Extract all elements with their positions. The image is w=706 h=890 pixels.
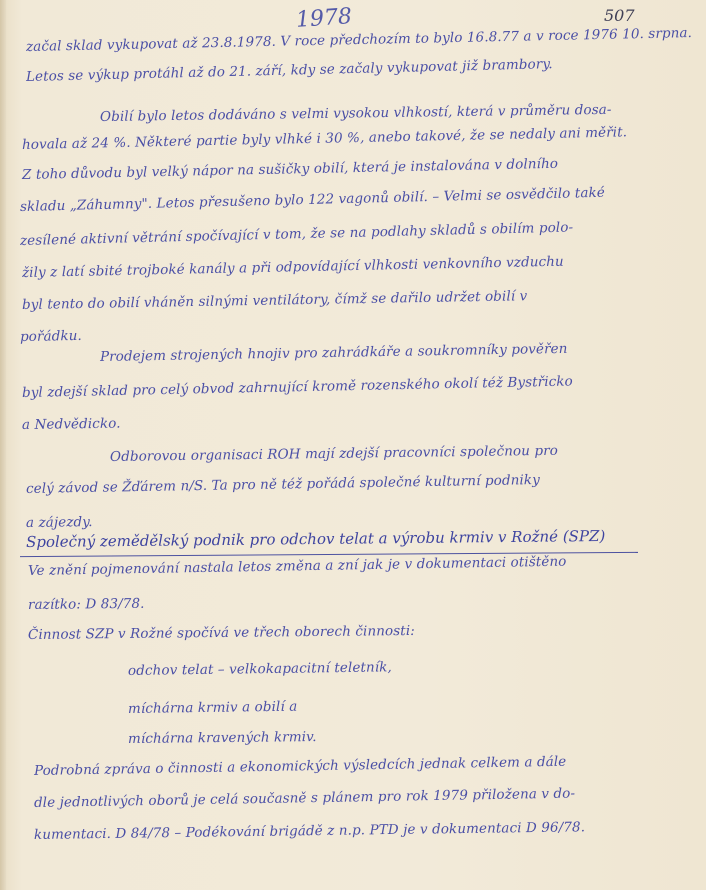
text-line: Činnost SZP v Rožné spočívá ve třech obo… [28,622,415,644]
text-line: a zájezdy. [26,513,93,532]
list-item: odchov telat – velkokapacitní teletník, [128,658,392,680]
page-binding-edge [0,0,6,890]
text-line: Prodejem strojených hnojiv pro zahrádkář… [100,340,568,366]
page-number: 507 [604,6,635,25]
text-line: Ve znění pojmenování nastala letos změna… [28,553,567,580]
chronicle-year: 1978 [295,4,353,33]
text-line: skladu „Záhumny". Letos přesušeno bylo 1… [20,184,605,216]
text-line: Podrobná zpráva o činnosti a ekonomickýc… [34,753,567,780]
text-line: zesílené aktivní větrání spočívající v t… [20,218,574,250]
manuscript-page: 1978 507 začal sklad vykupovat až 23.8.1… [0,0,706,890]
text-line: Z toho důvodu byl velký nápor na sušičky… [22,155,558,184]
text-line: Obilí bylo letos dodáváno s velmi vysoko… [100,101,612,126]
text-line: a Nedvědicko. [22,415,121,434]
text-line: Odborovou organisaci ROH mají zdejší pra… [110,442,558,466]
section-heading: Společný zemědělský podnik pro odchov te… [26,527,605,551]
text-line: Letos se výkup protáhl až do 21. září, k… [26,55,553,86]
text-line: razítko: D 83/78. [28,595,145,614]
text-line: byl tento do obilí vháněn silnými ventil… [22,287,528,314]
text-line: byl zdejší sklad pro celý obvod zahrnují… [22,372,573,402]
list-item: míchárna krmiv a obilí a [128,698,298,718]
text-line: žily z latí sbité trojboké kanály a při … [22,253,564,282]
text-line: dle jednotlivých oborů je celá současně … [34,785,575,812]
text-line: začal sklad vykupovat až 23.8.1978. V ro… [26,24,692,56]
text-line: pořádku. [20,327,82,346]
text-line: kumentaci. D 84/78 – Podékování brigádě … [34,818,585,844]
text-line: celý závod se Žďárem n/S. Ta pro ně též … [26,471,540,498]
list-item: míchárna kravených krmiv. [128,728,317,748]
text-line: hovala až 24 %. Některé partie byly vlhk… [22,123,627,154]
